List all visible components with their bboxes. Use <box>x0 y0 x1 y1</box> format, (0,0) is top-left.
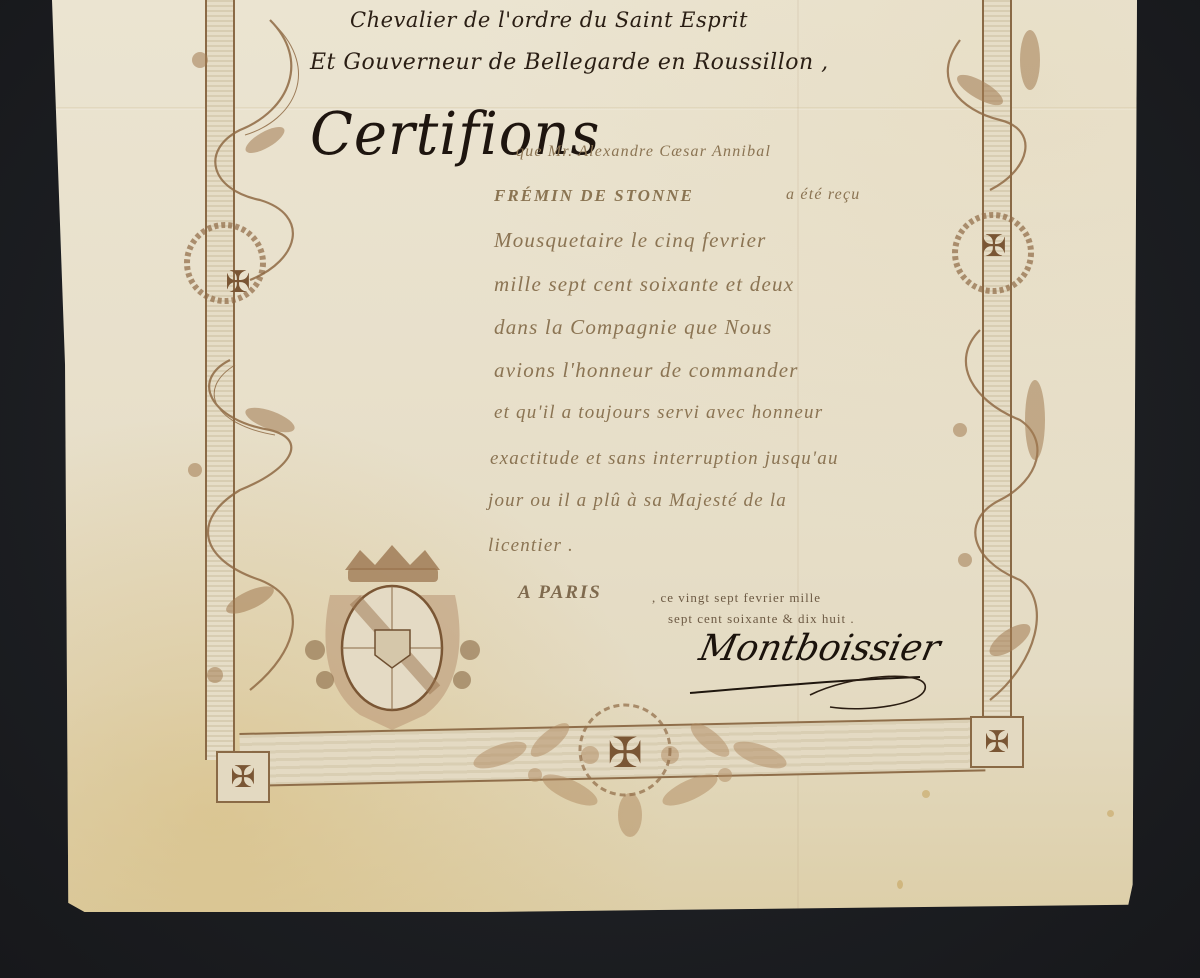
body-line-majesty: jour ou il a plû à sa Majesté de la <box>488 490 787 512</box>
body-line-company: dans la Compagnie que Nous <box>494 315 773 340</box>
svg-text:✠: ✠ <box>607 728 642 777</box>
body-line-surname: FRÉMIN DE STONNE <box>494 186 694 206</box>
foxing-stain <box>922 790 930 798</box>
body-line-exactitude: exactitude et sans interruption jusqu'au <box>490 448 839 470</box>
place-paris: A PARIS <box>518 582 602 604</box>
body-line-recipient: que Mr. Alexandre Cæsar Annibal <box>516 143 771 161</box>
body-line-dismissed: licentier . <box>488 535 574 557</box>
body-line-received: a été reçu <box>786 186 860 204</box>
body-line-command: avions l'honneur de commander <box>494 358 799 383</box>
body-line-served: et qu'il a toujours servi avec honneur <box>494 402 823 424</box>
date-line-2: sept cent soixante & dix huit . <box>668 611 855 627</box>
signature-flourish-icon <box>680 655 940 715</box>
header-line-2: Et Gouverneur de Bellegarde en Roussillo… <box>310 50 829 75</box>
left-ribbon-vine-icon <box>170 0 310 760</box>
cross-icon: ✠ <box>230 760 255 795</box>
foxing-stain <box>1107 810 1114 817</box>
laurel-wreath-icon: ✠ <box>440 695 820 840</box>
body-line-year: mille sept cent soixante et deux <box>494 272 794 297</box>
header-line-1: Chevalier de l'ordre du Saint Esprit <box>350 8 748 32</box>
coat-of-arms-icon <box>300 540 485 735</box>
bottom-right-corner-tile: ✠ <box>970 716 1024 768</box>
foxing-stain <box>897 880 903 889</box>
left-wreath-cross-icon: ✠ <box>216 264 260 300</box>
body-line-musketeer: Mousquetaire le cinq fevrier <box>494 228 767 253</box>
date-line-1: , ce vingt sept fevrier mille <box>652 590 821 606</box>
right-ribbon-vine-icon <box>940 0 1060 740</box>
bottom-left-corner-tile: ✠ <box>216 751 270 803</box>
cross-icon: ✠ <box>984 725 1009 760</box>
right-wreath-cross-icon: ✠ <box>972 228 1016 264</box>
